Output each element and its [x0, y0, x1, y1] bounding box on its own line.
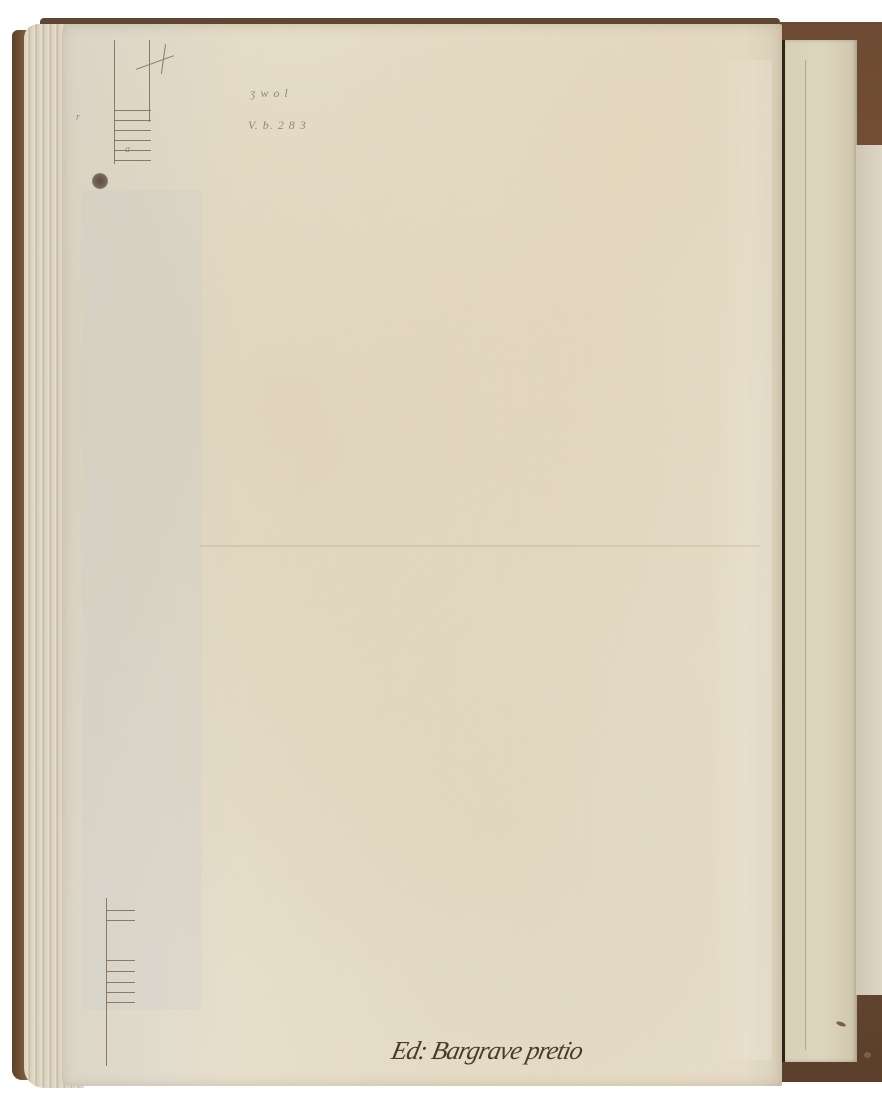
- fold-crease: [200, 545, 760, 547]
- facing-page-edge: [856, 145, 882, 995]
- ink-blot: [92, 172, 108, 190]
- pencil-ruling-bottom: [106, 898, 135, 1066]
- owner-signature: Ed: Bargrave pretio: [389, 1036, 585, 1066]
- pencil-ruling-top: a: [114, 40, 151, 164]
- paper-repair-patch: [82, 190, 202, 1010]
- flap-crease: [805, 60, 806, 1050]
- pencil-note-a: a: [125, 144, 131, 155]
- page-right-margin: [712, 60, 772, 1060]
- binding-flap: [782, 40, 857, 1062]
- shelfmark-line-2: V. b. 2 8 3: [248, 118, 307, 133]
- stain-spot: [864, 1052, 871, 1058]
- shelfmark-line-1: ʒ w o l: [250, 86, 289, 101]
- left-margin-mark: r: [76, 112, 81, 123]
